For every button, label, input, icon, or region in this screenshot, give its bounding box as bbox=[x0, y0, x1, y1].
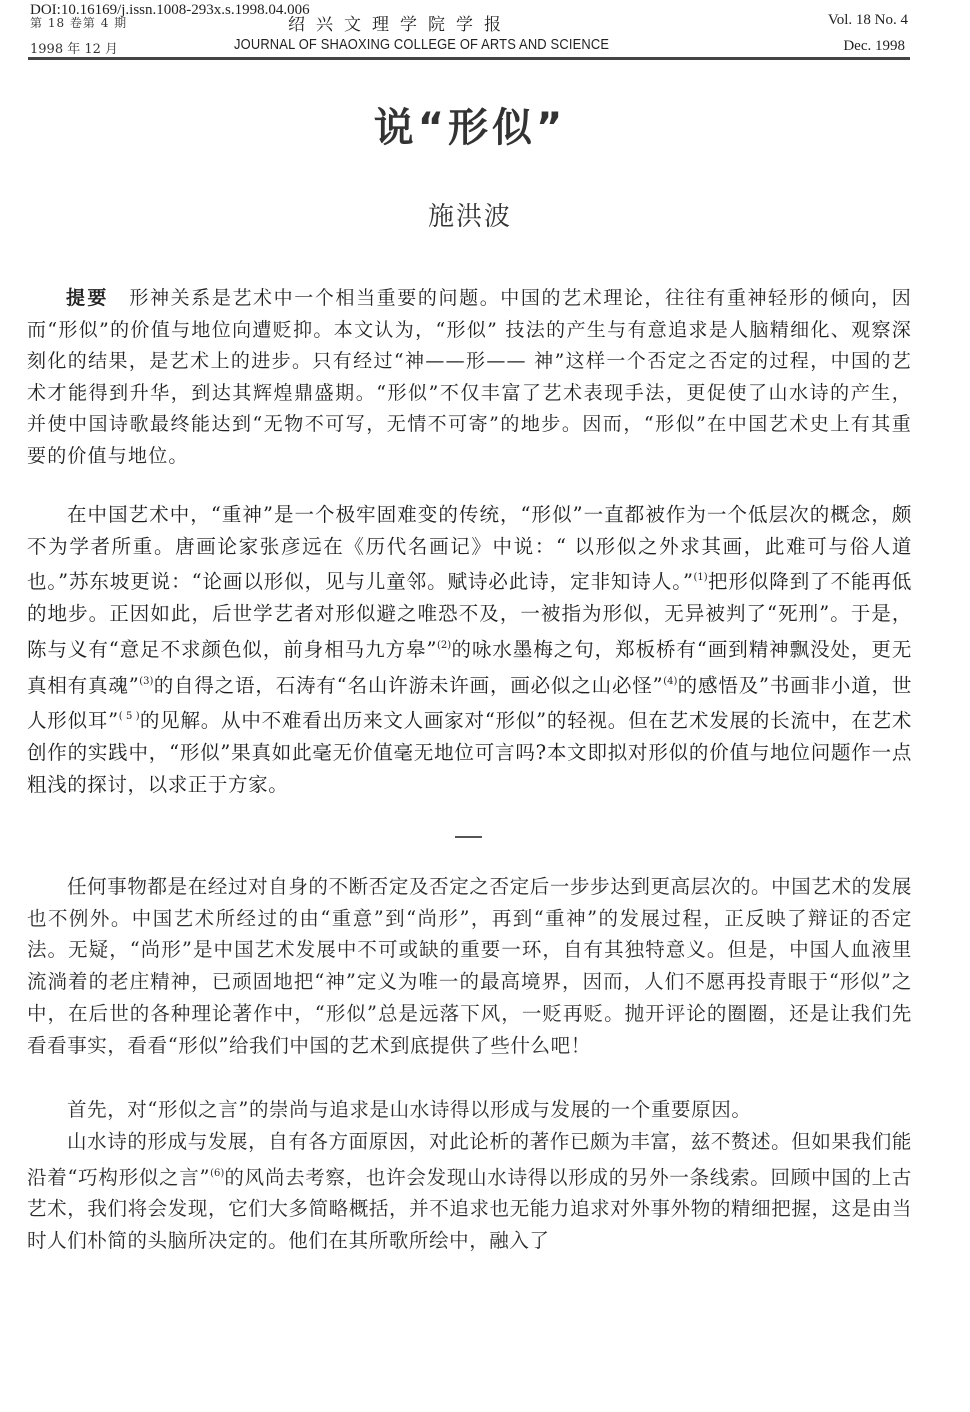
article-title: 说“形似” bbox=[0, 96, 940, 153]
footnote-ref-6: (6) bbox=[210, 1168, 224, 1179]
article-author: 施洪波 bbox=[0, 196, 940, 233]
journal-title-en: JOURNAL OF SHAOXING COLLEGE OF ARTS AND … bbox=[234, 36, 609, 53]
footnote-ref-2: (2) bbox=[437, 640, 451, 651]
journal-title-cn: 绍兴文理学院学报 bbox=[288, 10, 512, 35]
date-en: Dec. 1998 bbox=[843, 38, 905, 55]
header-rule bbox=[28, 57, 910, 60]
abstract-label: 提要 bbox=[66, 287, 109, 309]
abstract-text: 形神关系是艺术中一个相当重要的问题。中国的艺术理论，往往有重神轻形的倾向，因而“… bbox=[27, 287, 912, 467]
volume-issue-cn: 第 18 卷第 4 期 bbox=[30, 14, 127, 31]
body-paragraph-4: 山水诗的形成与发展，自有各方面原因，对此论析的著作已颇为丰富，兹不赘述。但如果我… bbox=[27, 1126, 912, 1257]
volume-en: Vol. 18 No. 4 bbox=[828, 12, 908, 29]
footnote-ref-5: ( 5 ) bbox=[119, 711, 140, 722]
footnote-ref-3: (3) bbox=[139, 676, 153, 687]
abstract: 提要 形神关系是艺术中一个相当重要的问题。中国的艺术理论，往往有重神轻形的倾向，… bbox=[27, 283, 912, 472]
date-cn: 1998 年 12 月 bbox=[30, 38, 118, 57]
body-paragraph-3: 首先，对“形似之言”的崇尚与追求是山水诗得以形成与发展的一个重要原因。 bbox=[27, 1094, 912, 1126]
section-divider bbox=[455, 836, 482, 838]
body-paragraph-1: 在中国艺术中，“重神”是一个极牢固难变的传统，“形似”一直都被作为一个低层次的概… bbox=[27, 499, 912, 800]
footnote-ref-1: (1) bbox=[694, 572, 708, 583]
footnote-ref-4: (4) bbox=[663, 676, 677, 687]
body-paragraph-2: 任何事物都是在经过对自身的不断否定及否定之否定后一步步达到更高层次的。中国艺术的… bbox=[27, 871, 912, 1061]
